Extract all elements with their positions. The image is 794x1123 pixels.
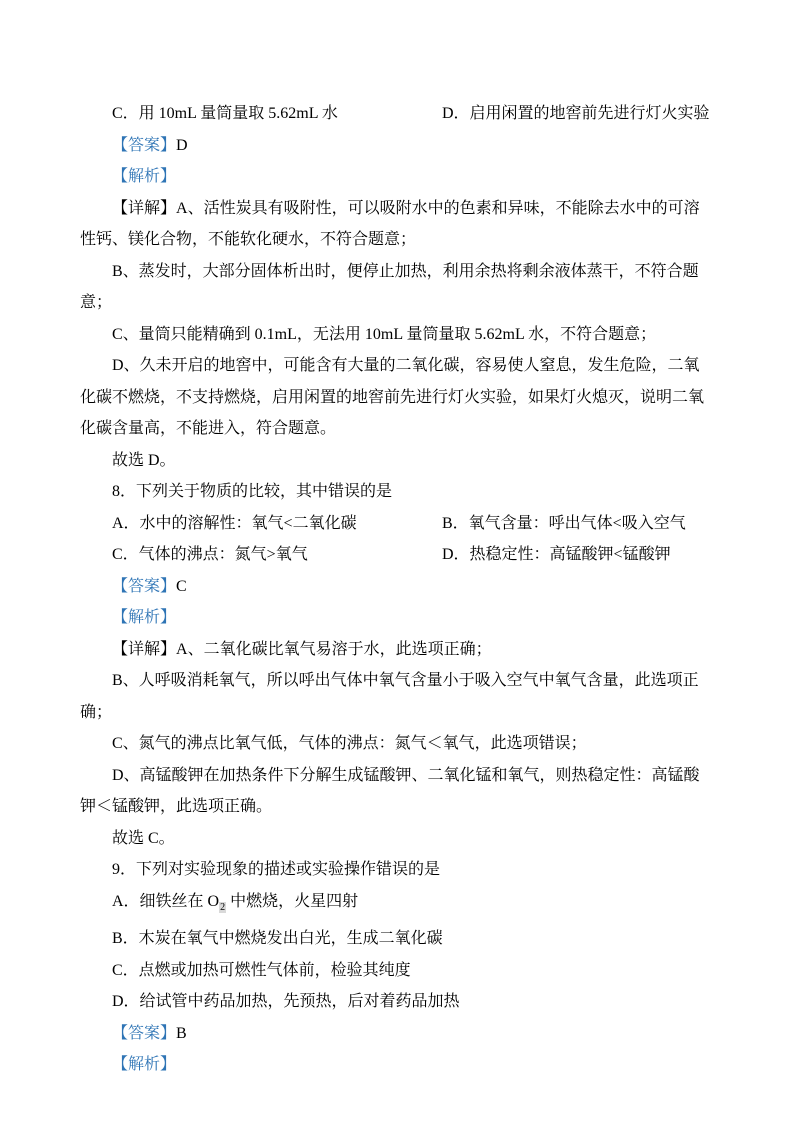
answer-label: 【答案】 [112,137,176,154]
q8-conclusion: 故选 C。 [80,823,714,855]
q8-option-d: D．热稳定性：高锰酸钾<锰酸钾 [442,546,671,563]
analysis-label: 【解析】 [112,168,176,185]
q7-detail-b: B、蒸发时，大部分固体析出时，便停止加热，利用余热将剩余液体蒸干，不符合题意； [80,256,714,319]
q9-option-b: B．木炭在氧气中燃烧发出白光，生成二氧化碳 [80,923,714,955]
exam-document-page: C．用 10mL 量筒量取 5.62mL 水D．启用闲置的地窖前先进行灯火实验 … [0,0,794,1123]
detail-label: 【详解】 [112,200,176,217]
analysis-label: 【解析】 [112,1056,176,1073]
q8-analysis-line: 【解析】 [80,602,714,634]
q7-detail-c: C、量筒只能精确到 0.1mL，无法用 10mL 量筒量取 5.62mL 水，不… [80,319,714,351]
q9-option-c: C．点燃或加热可燃性气体前，检验其纯度 [80,955,714,987]
q9-option-d: D．给试管中药品加热，先预热，后对着药品加热 [80,986,714,1018]
answer-label: 【答案】 [112,578,176,595]
q7-analysis-line: 【解析】 [80,161,714,193]
q8-option-c: C．气体的沸点：氮气>氧气 [112,539,442,571]
q8-detail-d: D、高锰酸钾在加热条件下分解生成锰酸钾、二氧化锰和氧气，则热稳定性：高锰酸钾＜锰… [80,760,714,823]
q9-option-a-pre: A．细铁丝在 O [112,893,219,910]
q9-answer-line: 【答案】B [80,1018,714,1050]
q8-detail-a-text: A、二氧化碳比氧气易溶于水，此选项正确； [176,641,492,658]
detail-label: 【详解】 [112,641,176,658]
q9-option-a: A．细铁丝在 O2 中燃烧，火星四射 [80,886,714,924]
q7-option-d: D．启用闲置的地窖前先进行灯火实验 [442,105,710,122]
q7-answer-value: D [176,137,188,154]
q9-stem: 9．下列对实验现象的描述或实验操作错误的是 [80,854,714,886]
q8-answer-value: C [176,578,187,595]
q7-option-c: C．用 10mL 量筒量取 5.62mL 水 [112,98,442,130]
q8-option-a: A．水中的溶解性：氧气<二氧化碳 [112,508,442,540]
q7-detail-d: D、久未开启的地窖中，可能含有大量的二氧化碳，容易使人窒息，发生危险，二氧化碳不… [80,350,714,445]
q9-analysis-line: 【解析】 [80,1049,714,1081]
q7-answer-line: 【答案】D [80,130,714,162]
q8-options-row-1: A．水中的溶解性：氧气<二氧化碳B．氧气含量：呼出气体<吸入空气 [80,508,714,540]
q8-detail-a: 【详解】A、二氧化碳比氧气易溶于水，此选项正确； [80,634,714,666]
q9-option-a-post: 中燃烧，火星四射 [226,893,358,910]
q8-detail-c: C、氮气的沸点比氧气低，气体的沸点：氮气＜氧气，此选项错误； [80,728,714,760]
answer-label: 【答案】 [112,1025,176,1042]
q8-option-b: B．氧气含量：呼出气体<吸入空气 [442,515,686,532]
q9-answer-value: B [176,1025,187,1042]
q8-detail-b: B、人呼吸消耗氧气，所以呼出气体中氧气含量小于吸入空气中氧气含量，此选项正确； [80,665,714,728]
q7-conclusion: 故选 D。 [80,445,714,477]
q7-options-row: C．用 10mL 量筒量取 5.62mL 水D．启用闲置的地窖前先进行灯火实验 [80,98,714,130]
q7-detail-a: 【详解】A、活性炭具有吸附性，可以吸附水中的色素和异味，不能除去水中的可溶性钙、… [80,193,714,256]
q8-answer-line: 【答案】C [80,571,714,603]
analysis-label: 【解析】 [112,609,176,626]
q8-stem: 8．下列关于物质的比较，其中错误的是 [80,476,714,508]
q8-options-row-2: C．气体的沸点：氮气>氧气D．热稳定性：高锰酸钾<锰酸钾 [80,539,714,571]
